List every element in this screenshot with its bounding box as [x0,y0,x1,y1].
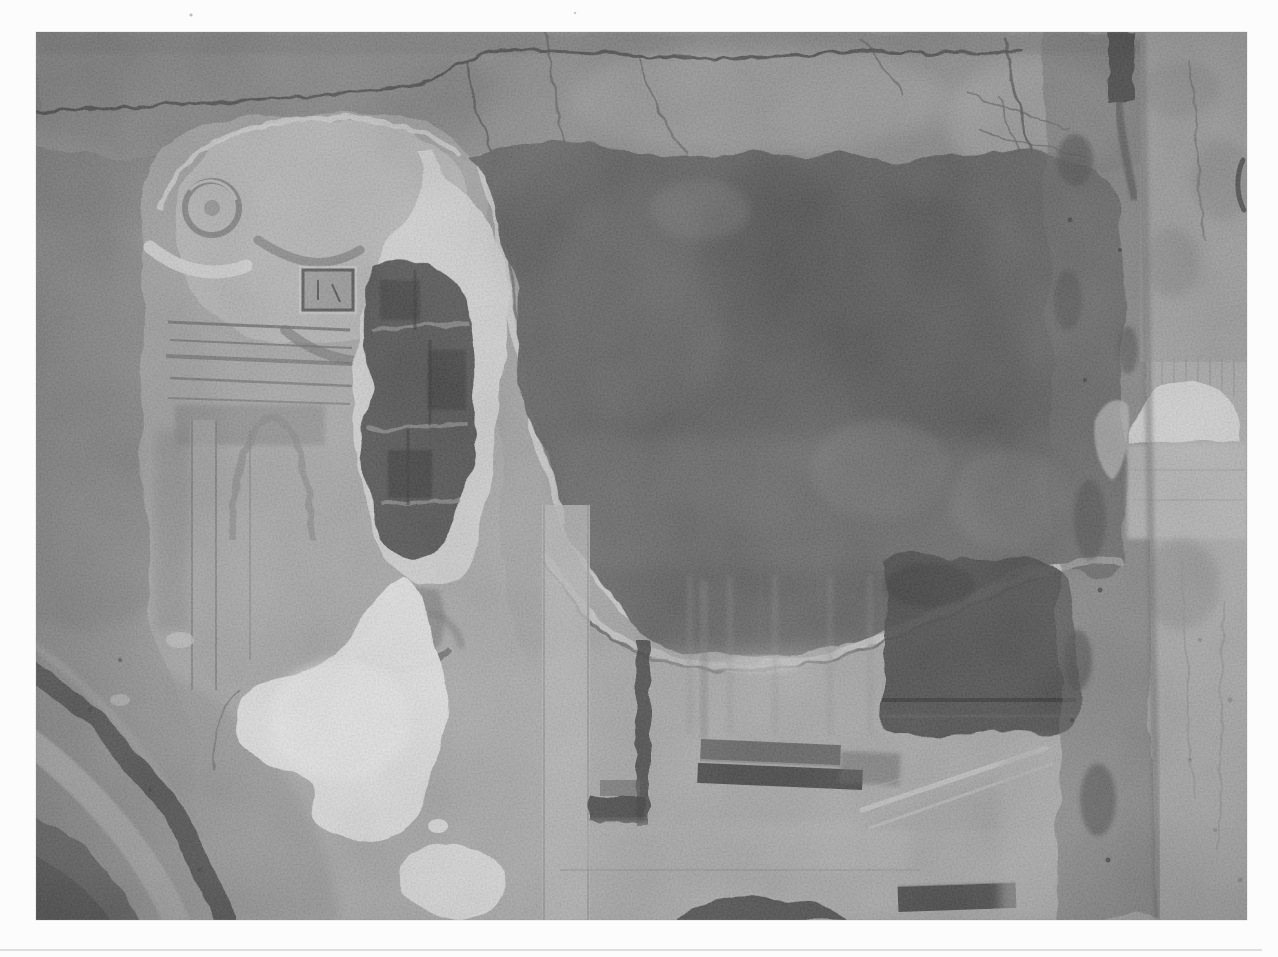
fresco-photo-svg [0,0,1278,957]
fresco-photograph [0,0,1278,957]
scanned-print-page [0,0,1278,957]
dust-speck [190,14,193,17]
dust-speck [574,12,576,14]
bottom-scratch-line [0,949,1262,951]
vignette [36,32,1247,920]
photo-content [0,10,1252,950]
